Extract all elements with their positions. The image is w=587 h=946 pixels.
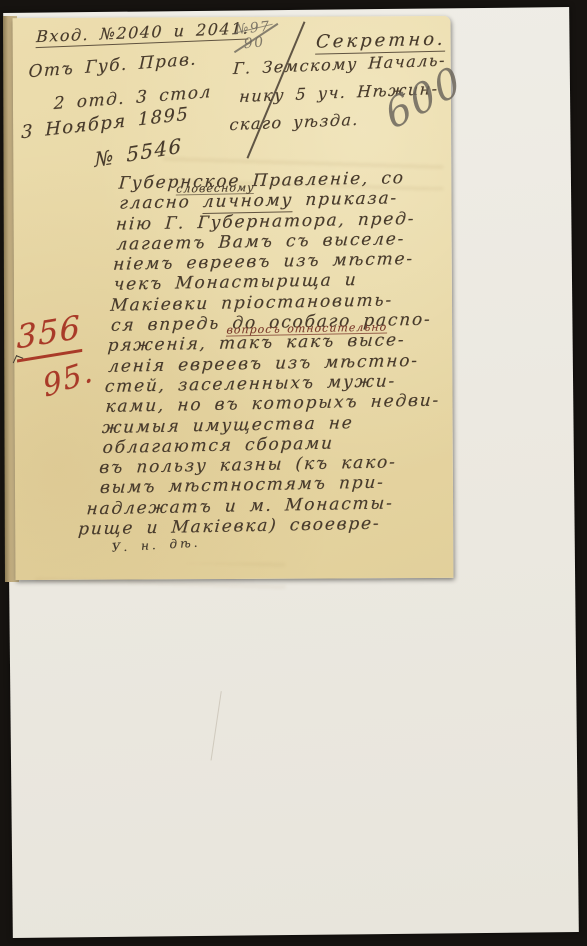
case-number-red-bottom: 95. <box>40 354 96 405</box>
paper-sheet: Вход. №2040 и 2041. №97 90 Секретно. Отъ… <box>13 16 454 580</box>
ink-bleed-through <box>35 563 285 590</box>
crossed-pencil-number: №97 90 <box>235 20 273 53</box>
addressee-line-1: Г. Земскому Началь- <box>233 50 447 78</box>
interlinear-insertion-word: словесному <box>176 182 255 196</box>
body-line-2-pre: гласно <box>119 192 204 214</box>
body-line-2-post: приказа- <box>292 189 398 211</box>
body-text: Губернское Правленіе, со гласно личному … <box>94 167 464 540</box>
secrecy-label: Секретно. <box>315 29 446 53</box>
incoming-registration-number-text: Вход. №2040 и 2041. <box>36 18 250 48</box>
addressee-line-3: скаго уѣзда. <box>229 110 360 134</box>
archival-scan: Вход. №2040 и 2041. №97 90 Секретно. Отъ… <box>0 0 587 946</box>
sender-office-line: Отъ Губ. Прав. <box>28 49 197 82</box>
case-number-red-top: 356 <box>16 308 82 363</box>
incoming-registration-number: Вход. №2040 и 2041. <box>36 18 250 46</box>
paper-crease <box>211 691 222 760</box>
